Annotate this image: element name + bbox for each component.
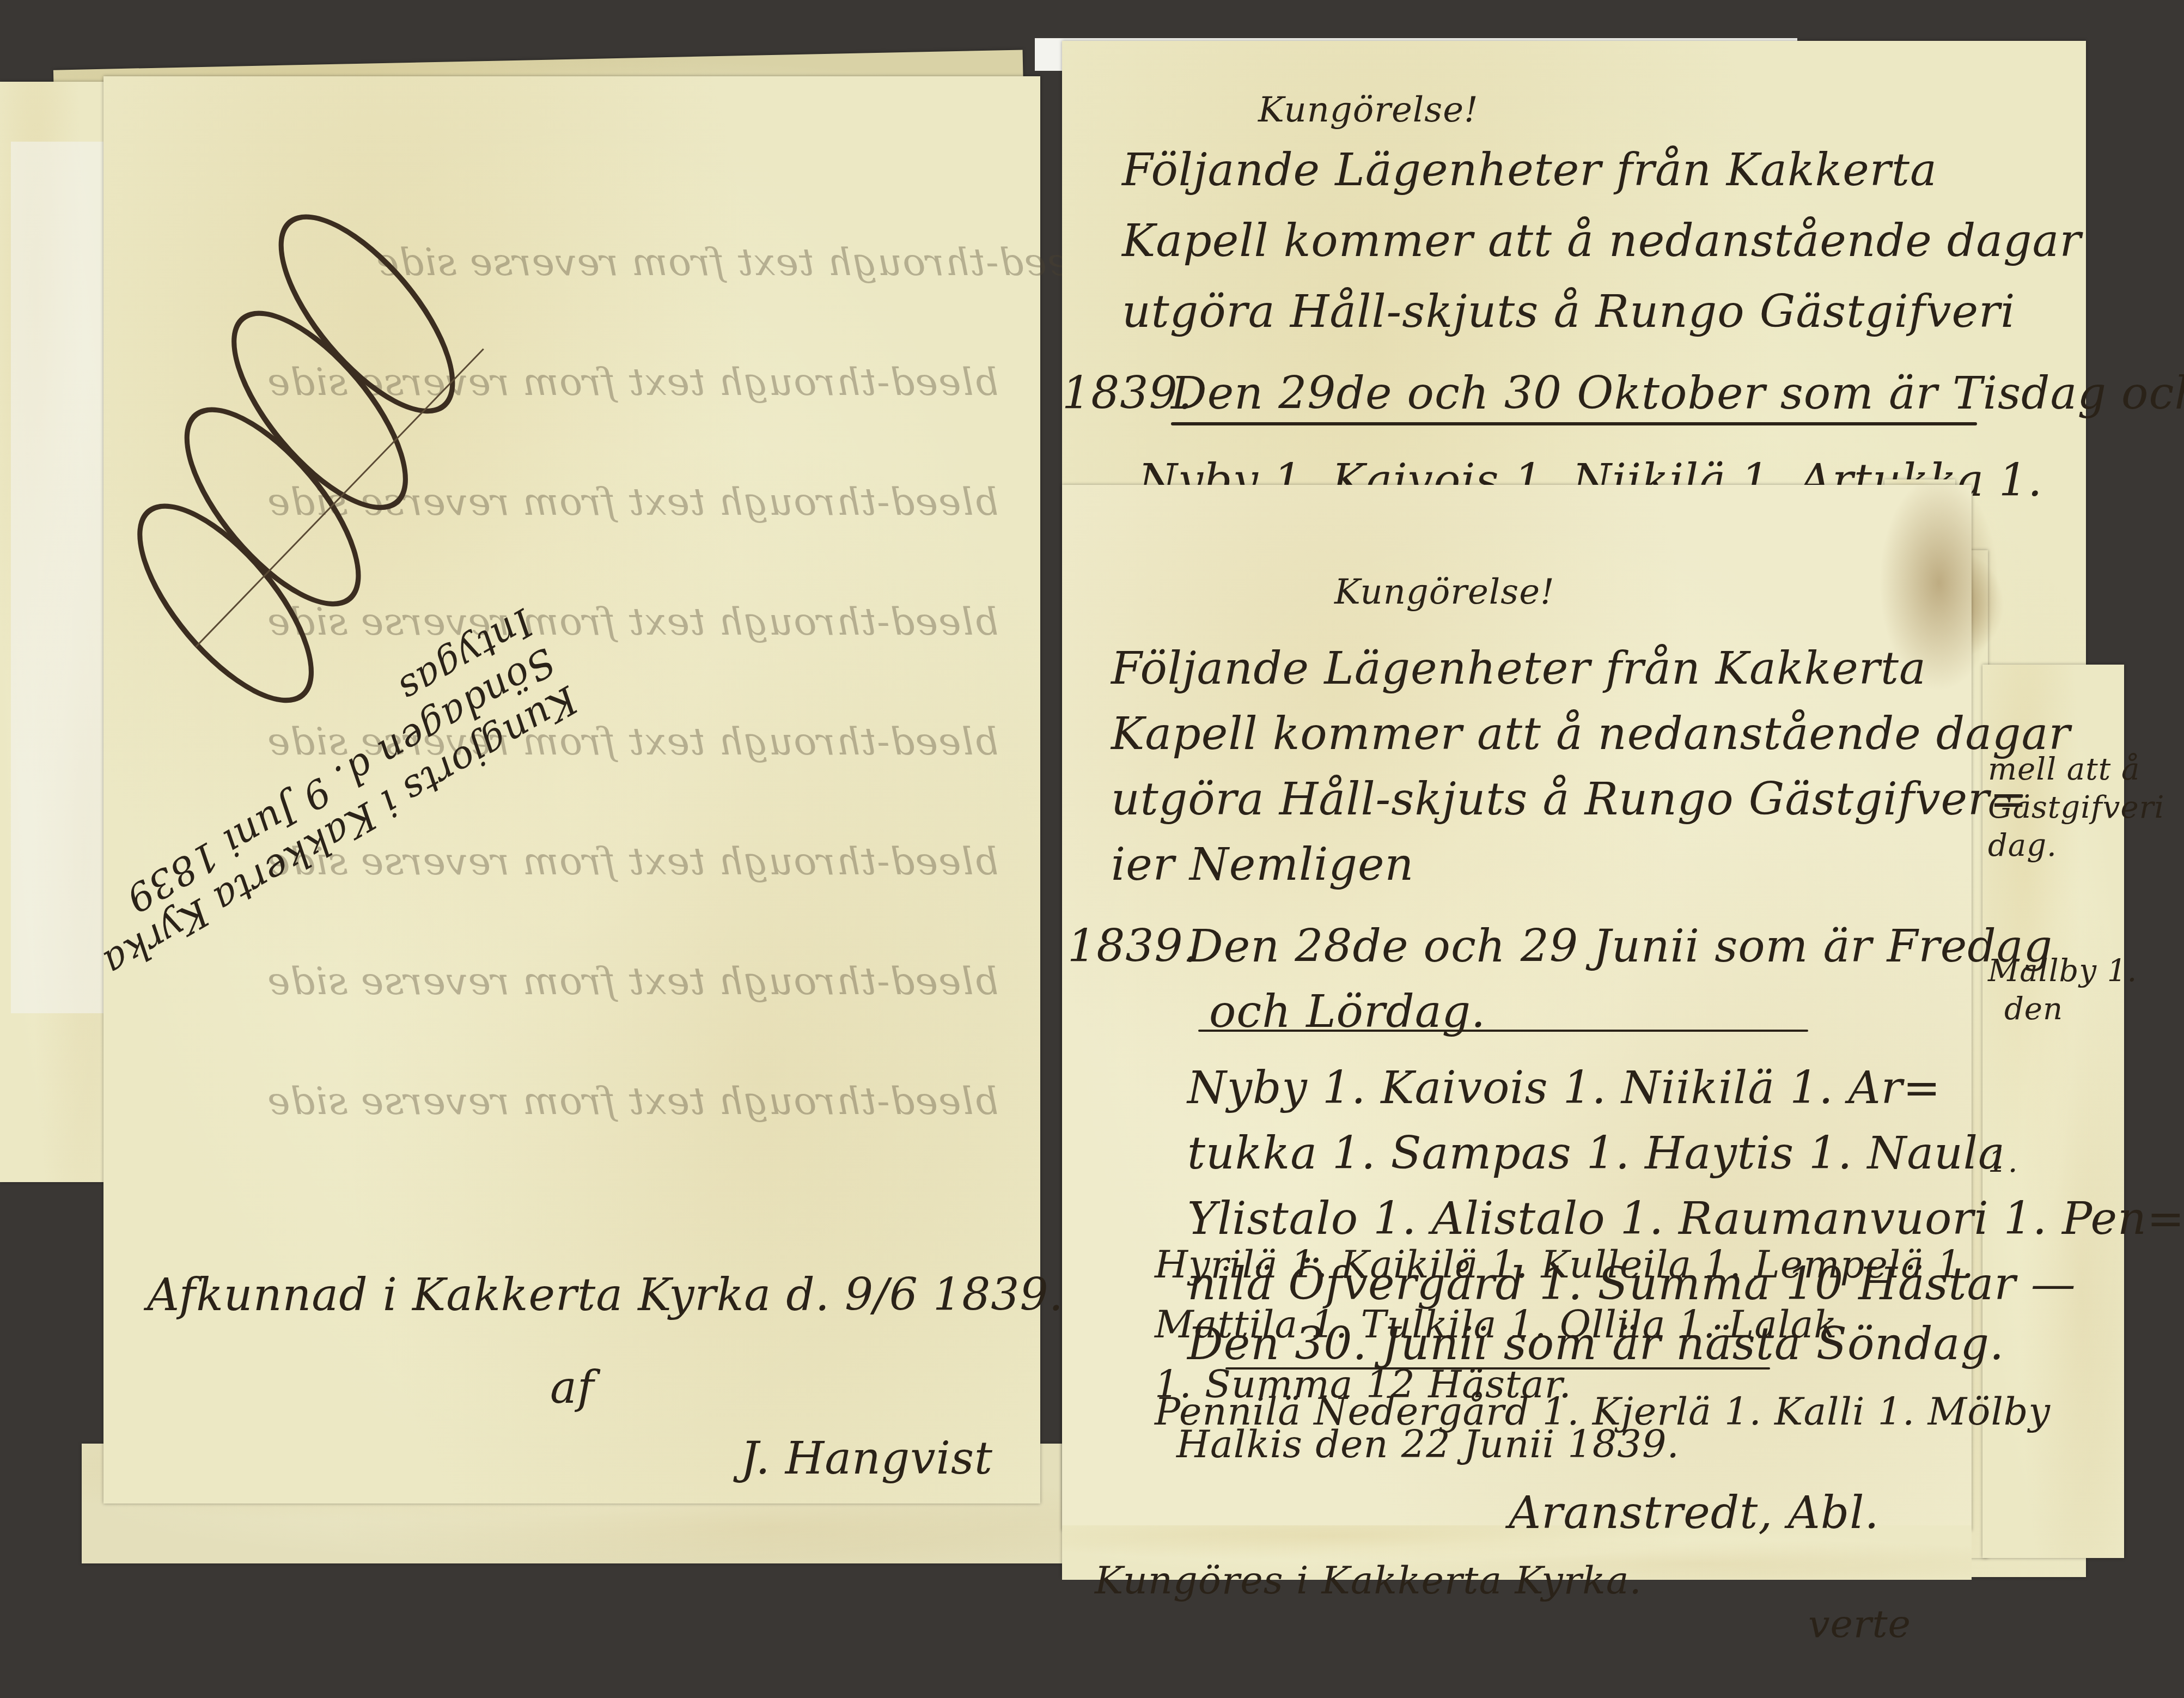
front-date-line-1: Den 28de och 29 Junii som är Fredag xyxy=(1187,921,2053,972)
bleed-through-text: bleed-through text from reverse side xyxy=(267,1079,999,1123)
front-group2-line: Hyrilä 1. Kaikilä 1. Kulleila 1. Lempelä… xyxy=(1155,1242,1974,1287)
left-page: bleed-through text from reverse side ble… xyxy=(103,76,1040,1504)
signature: J. Hangvist xyxy=(741,1433,993,1484)
announced-in-church: Kungöres i Kakkerta Kyrka. xyxy=(1095,1558,1642,1603)
strip-fragment: dag. xyxy=(1988,828,2057,863)
front-group1-line: Nyby 1. Kaivois 1. Niikilä 1. Ar= xyxy=(1187,1062,1941,1114)
front-page-lower-text: Hyrilä 1. Kaikilä 1. Kulleila 1. Lempelä… xyxy=(1062,1242,1972,1569)
announced-in-church-line: Afkunnad i Kakkerta Kyrka d. 9/6 1839. xyxy=(147,1269,1064,1321)
bleed-through-text: bleed-through text from reverse side xyxy=(267,959,999,1003)
by-label: af xyxy=(550,1362,594,1414)
date-underline xyxy=(1171,422,1977,425)
place-date: Halkis den 22 Junii 1839. xyxy=(1176,1422,1680,1466)
front-group2-line: Mattila 1. Tulkila 1. Ollila 1. Lalak xyxy=(1155,1302,1838,1347)
back-page-line: utgöra Håll-skjuts å Rungo Gästgifveri xyxy=(1122,286,2015,338)
front-group1-line: Ylistalo 1. Alistalo 1. Raumanvuori 1. P… xyxy=(1187,1193,2184,1245)
signature: Aranstredt, Abl. xyxy=(1509,1487,1879,1539)
back-page-heading: Kungörelse! xyxy=(1258,90,1479,130)
front-intro-line: ier Nemligen xyxy=(1111,839,1414,891)
back-page-date-line: Den 29de och 30 Oktober som är Tisdag oc… xyxy=(1171,368,2184,419)
back-page-line: Kapell kommer att å nedanstående dagar xyxy=(1122,215,2082,267)
verte-note: verte xyxy=(1808,1602,1911,1646)
back-page-line: Följande Lägenheter från Kakkerta xyxy=(1122,144,1937,196)
white-insert-left xyxy=(11,142,109,1013)
front-group1-line: tukka 1. Sampas 1. Haytis 1. Naula xyxy=(1187,1128,2005,1179)
front-intro-line: utgöra Håll-skjuts å Rungo Gästgifver= xyxy=(1111,774,2028,825)
bleed-through-text: bleed-through text from reverse side xyxy=(267,839,999,884)
strip-fragment: den xyxy=(2004,991,2063,1027)
front-page-heading: Kungörelse! xyxy=(1334,572,1555,612)
front-intro-line: Följande Lägenheter från Kakkerta xyxy=(1111,643,1926,695)
front-margin-year: 1839. xyxy=(1067,921,1198,972)
front-intro-line: Kapell kommer att å nedanstående dagar xyxy=(1111,708,2071,760)
date-underline xyxy=(1198,1030,1808,1032)
front-group2-line: 1. Summa 12 Hästar. xyxy=(1155,1362,1572,1407)
